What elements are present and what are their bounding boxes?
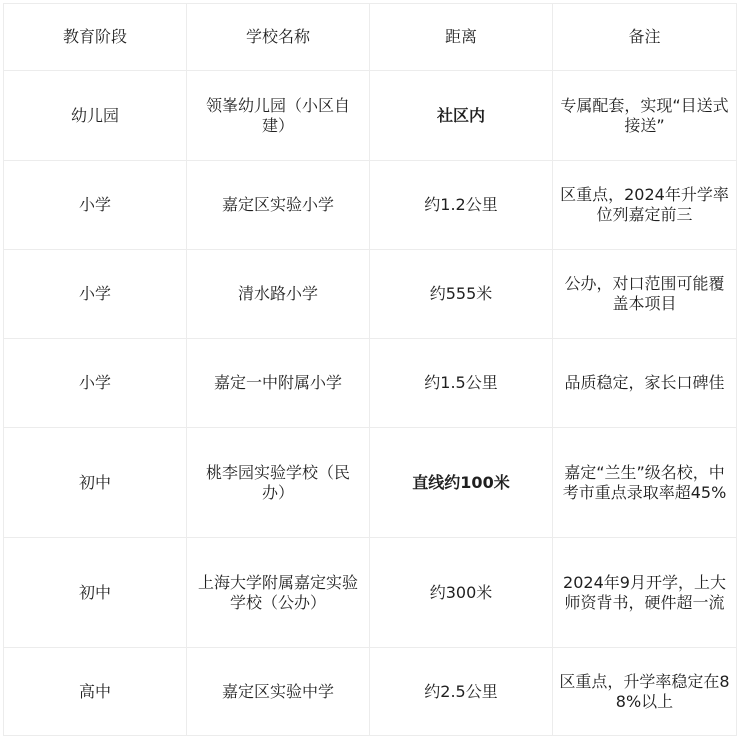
cell-note: 公办，对口范围可能覆盖本项目 [553, 250, 737, 339]
cell-distance: 约300米 [370, 538, 553, 648]
header-note: 备注 [553, 4, 737, 71]
table-row: 小学 嘉定一中附属小学 约1.5公里 品质稳定，家长口碑佳 [4, 339, 737, 428]
cell-stage: 小学 [4, 250, 187, 339]
cell-school: 嘉定区实验小学 [187, 161, 370, 250]
cell-note: 嘉定“兰生”级名校，中考市重点录取率超45% [553, 428, 737, 538]
cell-distance: 约2.5公里 [370, 648, 553, 736]
cell-note: 区重点，升学率稳定在88%以上 [553, 648, 737, 736]
table-row: 幼儿园 领峯幼儿园（小区自建） 社区内 专属配套，实现“目送式接送” [4, 71, 737, 161]
cell-distance: 直线约100米 [370, 428, 553, 538]
cell-school: 桃李园实验学校（民办） [187, 428, 370, 538]
table-row: 小学 嘉定区实验小学 约1.2公里 区重点，2024年升学率位列嘉定前三 [4, 161, 737, 250]
header-stage: 教育阶段 [4, 4, 187, 71]
cell-stage: 高中 [4, 648, 187, 736]
cell-school: 领峯幼儿园（小区自建） [187, 71, 370, 161]
cell-school: 清水路小学 [187, 250, 370, 339]
cell-stage: 小学 [4, 339, 187, 428]
cell-stage: 幼儿园 [4, 71, 187, 161]
cell-stage: 小学 [4, 161, 187, 250]
cell-note: 2024年9月开学，上大师资背书，硬件超一流 [553, 538, 737, 648]
cell-distance: 约555米 [370, 250, 553, 339]
header-school: 学校名称 [187, 4, 370, 71]
cell-stage: 初中 [4, 428, 187, 538]
school-table-container: 教育阶段 学校名称 距离 备注 幼儿园 领峯幼儿园（小区自建） 社区内 专属配套… [3, 3, 737, 736]
cell-school: 上海大学附属嘉定实验学校（公办） [187, 538, 370, 648]
cell-school: 嘉定区实验中学 [187, 648, 370, 736]
header-distance: 距离 [370, 4, 553, 71]
table-header-row: 教育阶段 学校名称 距离 备注 [4, 4, 737, 71]
cell-distance: 社区内 [370, 71, 553, 161]
cell-stage: 初中 [4, 538, 187, 648]
cell-distance: 约1.5公里 [370, 339, 553, 428]
table-row: 初中 桃李园实验学校（民办） 直线约100米 嘉定“兰生”级名校，中考市重点录取… [4, 428, 737, 538]
cell-note: 品质稳定，家长口碑佳 [553, 339, 737, 428]
school-table: 教育阶段 学校名称 距离 备注 幼儿园 领峯幼儿园（小区自建） 社区内 专属配套… [3, 3, 737, 736]
table-row: 高中 嘉定区实验中学 约2.5公里 区重点，升学率稳定在88%以上 [4, 648, 737, 736]
cell-note: 区重点，2024年升学率位列嘉定前三 [553, 161, 737, 250]
table-row: 初中 上海大学附属嘉定实验学校（公办） 约300米 2024年9月开学，上大师资… [4, 538, 737, 648]
table-row: 小学 清水路小学 约555米 公办，对口范围可能覆盖本项目 [4, 250, 737, 339]
cell-note: 专属配套，实现“目送式接送” [553, 71, 737, 161]
cell-distance: 约1.2公里 [370, 161, 553, 250]
cell-school: 嘉定一中附属小学 [187, 339, 370, 428]
